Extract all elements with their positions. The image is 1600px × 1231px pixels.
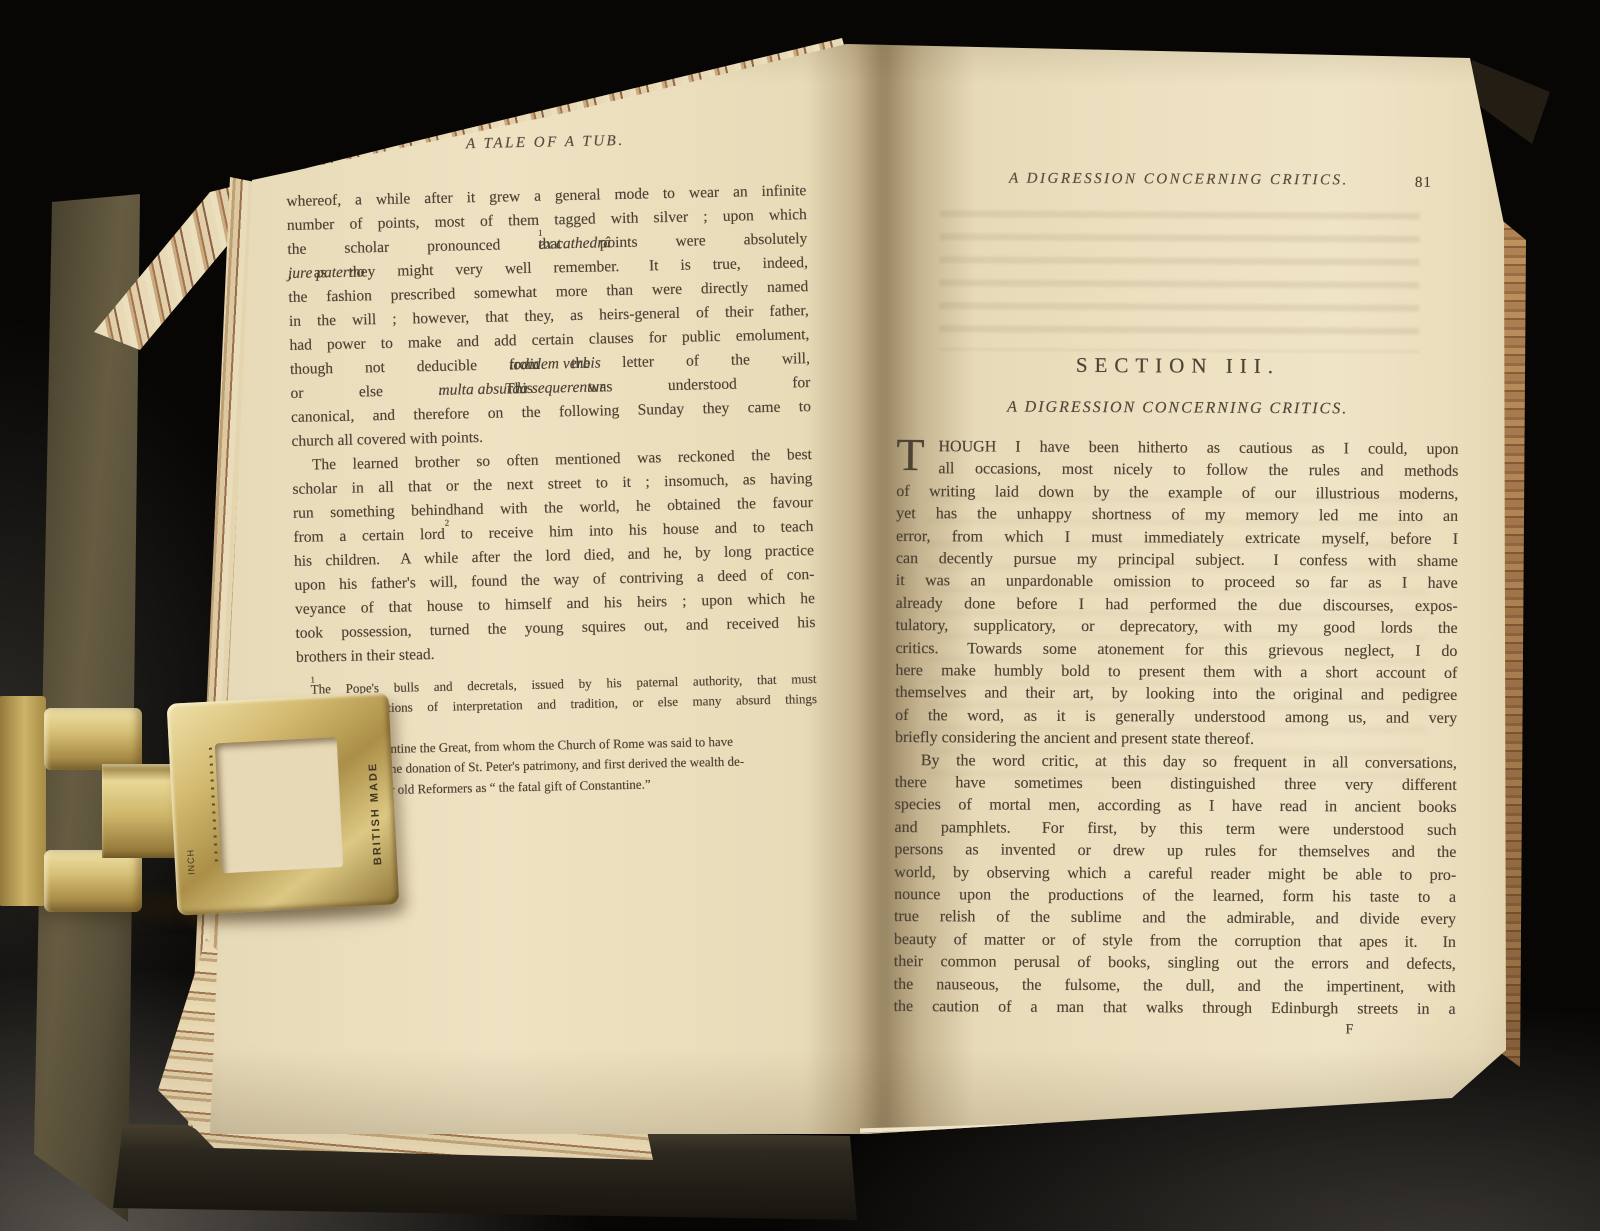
open-page-spread: 80 A TALE OF A TUB. whereof, a while aft… — [140, 28, 1532, 1150]
book-photo-scene: 80 A TALE OF A TUB. whereof, a while aft… — [0, 0, 1600, 1231]
show-through-text-ghost — [939, 210, 1420, 353]
text-line: already done before I had performed the … — [896, 593, 1458, 618]
running-head-right: A DIGRESSION CONCERNING CRITICS. — [898, 170, 1460, 190]
text-line: and pamphlets. For first, by this term w… — [894, 817, 1456, 842]
text-line: of writing laid down by the example of o… — [896, 481, 1458, 506]
right-page-paragraph-1: HOUGH I have been hitherto as cautious a… — [895, 436, 1459, 753]
text-line: the nauseous, the fulsome, the dull, and… — [894, 974, 1456, 999]
text-line: By the word critic, at this day so frequ… — [895, 750, 1457, 775]
text-line: world, by observing which a careful read… — [894, 862, 1456, 887]
left-page-paragraph-2: The learned brother so often mentioned w… — [292, 443, 816, 670]
text-line: HOUGH I have been hitherto as cautious a… — [896, 436, 1458, 461]
text-line: yet has the unhappy shortness of my memo… — [896, 503, 1458, 528]
text-line: themselves and their art, by looking int… — [895, 682, 1457, 707]
text-line: here make humbly bold to present them wi… — [895, 660, 1457, 685]
text-line: there have sometimes been distinguished … — [895, 772, 1457, 797]
text-line: nounce upon the productions of the learn… — [894, 884, 1456, 909]
clasp-buckle-frame: INCH BRITISH MADE — [167, 692, 400, 915]
text-line: the caution of a man that walks through … — [894, 996, 1456, 1021]
text-line: critics. Towards some atonement for this… — [895, 638, 1457, 663]
signature-mark: F — [1345, 1022, 1353, 1038]
text-line: all occasions, most nicely to follow the… — [896, 458, 1458, 483]
right-page: A DIGRESSION CONCERNING CRITICS. 81 SECT… — [893, 164, 1460, 1067]
left-page-paragraph-1: whereof, a while after it grew a general… — [286, 179, 811, 454]
clasp-hinge-knuckle-top — [44, 708, 142, 770]
page-number-right: 81 — [1415, 175, 1432, 192]
text-line: of the word, as it is generally understo… — [895, 705, 1457, 730]
text-line: briefly considering the ancient and pres… — [895, 727, 1457, 752]
right-page-paragraph-2: By the word critic, at this day so frequ… — [894, 750, 1457, 1022]
text-line: species of mortal men, according as I ha… — [895, 794, 1457, 819]
clasp-hinge-knuckle-bottom — [44, 850, 142, 912]
section-heading: SECTION III. — [897, 352, 1459, 380]
text-line: tulatory, supplicatory, or deprecatory, … — [896, 615, 1458, 640]
text-line: beauty of matter or of style from the co… — [894, 929, 1456, 954]
clasp-plate — [0, 696, 46, 906]
clasp-buckle-opening — [215, 737, 344, 873]
text-line: true relish of the sublime and the admir… — [894, 906, 1456, 931]
text-line: can decently pursue my principal subject… — [896, 548, 1458, 573]
text-line: error, from which I must immediately ext… — [896, 526, 1458, 551]
brass-clasp: INCH BRITISH MADE — [0, 668, 420, 948]
clasp-british-made-stamp: BRITISH MADE — [366, 737, 386, 889]
text-line: it was an unpardonable omission to proce… — [896, 570, 1458, 595]
text-line: their common perusal of books, singling … — [894, 951, 1456, 976]
section-subtitle: A DIGRESSION CONCERNING CRITICS. — [897, 398, 1459, 419]
clasp-inch-stamp: INCH — [183, 815, 196, 875]
text-line: persons as invented or drew up rules for… — [894, 839, 1456, 864]
right-page-header-row: A DIGRESSION CONCERNING CRITICS. 81 — [898, 164, 1460, 197]
